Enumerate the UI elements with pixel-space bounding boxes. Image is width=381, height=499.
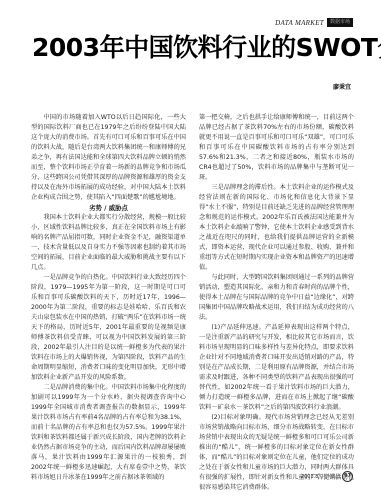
section-badge: 数据市场 — [327, 18, 353, 27]
page-footer: 2003.8 中外食品 97 — [301, 471, 353, 482]
right-column: 第一把交椅，之后也拱手让给康师傅和统一，目前这两个品牌已经占据了茶饮料70%左右… — [199, 113, 354, 493]
article-title: 2003年中国饮料行业的SWOT分析 — [32, 34, 354, 62]
continued-paragraph: 第一把交椅，之后也拱手让给康师傅和统一，目前这两个品牌已经占据了茶饮料70%左右… — [199, 113, 354, 183]
intro-paragraph: 中国的市场随着加入WTO以后日趋国际化，一些大型的国际饮料厂商也已在1979年之… — [31, 113, 186, 203]
section-header: DATA MARKET 数据市场 — [275, 18, 353, 27]
body-paragraph: 三是品牌理念的滞后性。本土饮料企业的运作模式及经营法则在新的国际化、市场化和信息… — [199, 183, 354, 273]
section-label: DATA MARKET — [275, 19, 324, 27]
issue-label: 2003.8 中外食品 — [301, 473, 340, 480]
body-paragraph: 一是品牌竞争的白热化。中国饮料行业大致经历四个阶段，1979—1995年为第一阶… — [31, 273, 186, 383]
body-paragraph: (1)产品延伸迅速。产品延伸表现出这样两个特点，一是注重新产品的研究与开发，相比… — [199, 323, 354, 413]
body-paragraph: 我国本土饮料企业大都实行分散经营，规模一般比较小，区域性饮料品牌比较多，真正在全… — [31, 213, 186, 273]
body-paragraph: 与此同时，大型跨国饮料集团则通过一系列的品牌营销活动，塑造其国际化、亲和力和青春… — [199, 273, 354, 323]
page-number: 97 — [342, 471, 353, 482]
article-author: 廖秉宜 — [333, 82, 351, 91]
body-paragraph: 二是品牌消费的集中化。中国饮料市场集中化程度的加剧可以1999年为一个分水岭，据… — [31, 383, 186, 483]
left-column: 中国的市场随着加入WTO以后日趋国际化，一些大型的国际饮料厂商也已在1979年之… — [31, 113, 186, 483]
section-heading: 劣势 / 威胁点 — [31, 203, 186, 213]
